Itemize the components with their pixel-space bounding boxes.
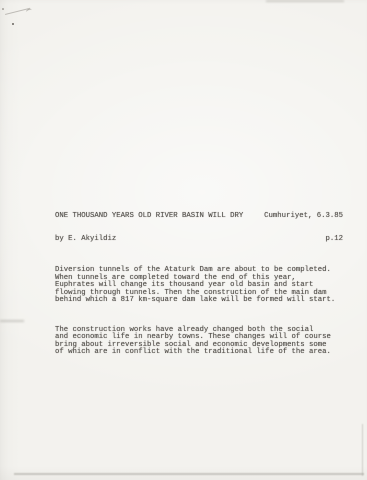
scan-smudge-left-edge <box>0 320 24 322</box>
pencil-scratch-tail-mark <box>25 8 32 14</box>
article-title: ONE THOUSAND YEARS OLD RIVER BASIN WILL … <box>55 213 243 221</box>
typewritten-text-block: ONE THOUSAND YEARS OLD RIVER BASIN WILL … <box>55 198 343 372</box>
pencil-speck-mark <box>2 8 4 10</box>
scan-line-right-edge <box>362 424 363 476</box>
pencil-dot-mark <box>12 23 14 25</box>
byline: by E. Akyildiz <box>55 236 116 244</box>
title-row: ONE THOUSAND YEARS OLD RIVER BASIN WILL … <box>55 213 343 221</box>
source-citation: Cumhuriyet, 6.3.85 <box>264 213 343 221</box>
scanned-page: ONE THOUSAND YEARS OLD RIVER BASIN WILL … <box>0 0 367 480</box>
scan-line-bottom-edge <box>14 473 364 475</box>
paragraph-2: The construction works have already chan… <box>55 327 343 357</box>
scan-smudge-top-edge <box>266 0 344 2</box>
paragraph-1: Diversion tunnels of the Ataturk Dam are… <box>55 267 343 305</box>
page-reference: p.12 <box>325 236 343 244</box>
pencil-scratch-mark <box>5 8 30 15</box>
byline-row: by E. Akyildiz p.12 <box>55 236 343 244</box>
